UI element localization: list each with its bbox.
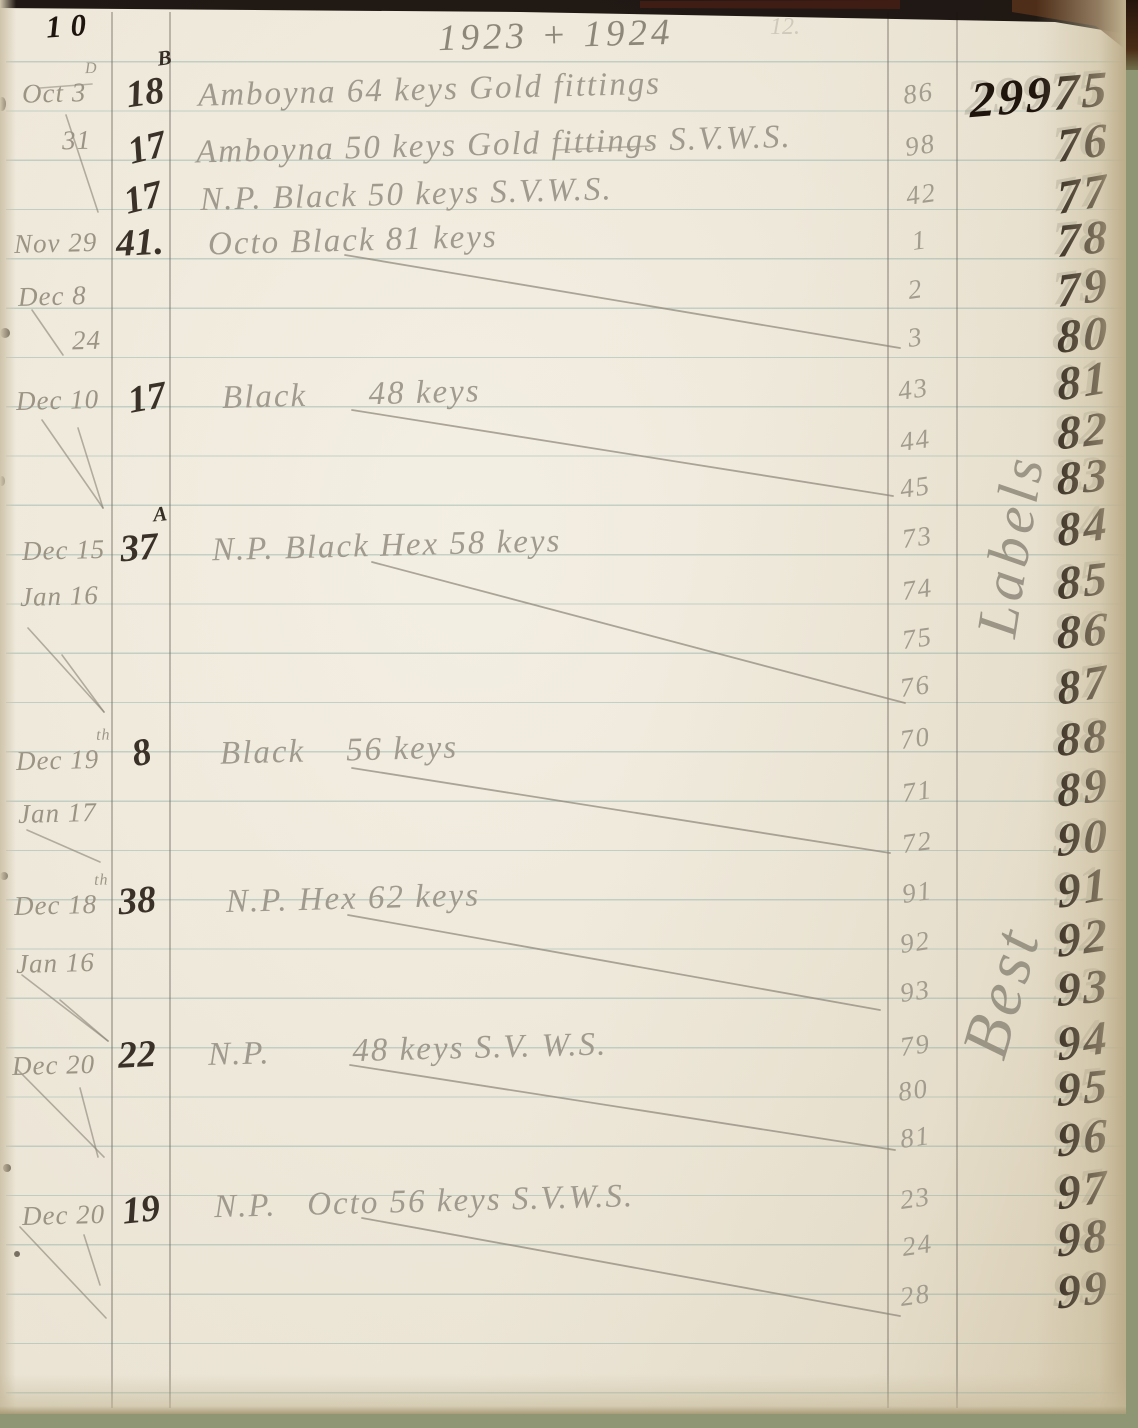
ledger-date: Jan 16 — [20, 580, 100, 613]
ledger-date: Dec 18th — [14, 889, 98, 922]
pencil-number: 74 — [900, 572, 935, 607]
ledger-date: Dec 20 — [12, 1049, 96, 1082]
page-number: 10 — [45, 6, 96, 45]
pencil-number: 45 — [898, 470, 933, 505]
ditto-pencil-line — [362, 1218, 900, 1316]
pencil-number: 76 — [898, 669, 933, 704]
faint-pencil-note: 12. — [770, 14, 800, 41]
ledger-date: Jan 16 — [16, 947, 96, 980]
ditto-pencil-line — [62, 655, 104, 712]
ledger-date: Nov 29 — [14, 227, 98, 260]
right-edge-shade — [1036, 0, 1126, 1414]
pencil-number: 75 — [900, 621, 935, 656]
ledger-date: Dec 20 — [22, 1199, 106, 1232]
pencil-number: 79 — [898, 1028, 933, 1063]
pencil-number: 80 — [896, 1073, 931, 1108]
superscript-mark: D — [85, 60, 98, 78]
pencil-number: 71 — [900, 774, 935, 809]
page-title-years: 1923 + 1924 — [437, 11, 674, 60]
batch-number: 22 — [117, 1032, 157, 1078]
ditto-pencil-line — [80, 1088, 98, 1157]
pencil-number: 92 — [898, 925, 933, 960]
pencil-number: 98 — [903, 128, 938, 163]
pencil-number: 43 — [896, 372, 931, 407]
left-edge-shade — [0, 0, 16, 1414]
batch-number: 41. — [115, 220, 165, 266]
pencil-number: 86 — [901, 76, 936, 111]
ditto-pencil-line — [350, 1065, 895, 1150]
pencil-number: 28 — [898, 1278, 933, 1313]
ledger-date: Jan 17 — [18, 797, 98, 830]
pencil-number: 42 — [904, 177, 939, 212]
pencil-number: 24 — [900, 1228, 935, 1263]
ditto-pencil-line — [372, 562, 905, 703]
pencil-number: 91 — [900, 875, 935, 910]
pencil-number: 72 — [900, 825, 935, 860]
pencil-number: 93 — [898, 974, 933, 1009]
ditto-pencil-line — [352, 768, 890, 853]
batch-number: 18B — [123, 68, 167, 117]
batch-number: 17 — [124, 373, 169, 423]
pencil-number: 23 — [898, 1181, 933, 1216]
superscript-mark: A — [152, 501, 168, 527]
item-description: Black 56 keys — [220, 730, 459, 773]
ditto-pencil-line — [345, 255, 900, 348]
scanned-ledger-photo: { "page": { "number": "10", "title": "19… — [0, 0, 1138, 1428]
ditto-pencil-line — [352, 410, 893, 496]
item-description: Black 48 keys — [222, 373, 482, 417]
ditto-pencil-line — [78, 428, 103, 508]
ledger-date: Oct 3D — [22, 77, 87, 110]
pencil-number: 70 — [898, 721, 933, 756]
pencil-number: 73 — [900, 520, 935, 555]
pencil-number: 44 — [898, 423, 933, 458]
pencil-number: 81 — [898, 1120, 933, 1155]
item-description: Octo Black 81 keys — [208, 219, 499, 264]
batch-number: 37A — [118, 524, 160, 571]
ledger-date: Dec 19th — [16, 744, 100, 777]
ledger-date: Dec 10 — [16, 384, 100, 417]
ditto-pencil-line — [42, 420, 103, 508]
ditto-pencil-line — [60, 1000, 108, 1041]
superscript-mark: th — [96, 727, 111, 745]
ledger-date: Dec 8 — [18, 280, 88, 313]
ledger-date: 24 — [72, 325, 102, 357]
batch-number: 38 — [116, 877, 158, 924]
batch-number: 19 — [120, 1186, 162, 1234]
superscript-mark: th — [94, 872, 109, 890]
ditto-pencil-line — [348, 915, 880, 1010]
ledger-date: Dec 15 — [22, 534, 106, 567]
item-description: N.P. Hex 62 keys — [226, 877, 481, 921]
ledger-page: 10 1923 + 1924 12. Oct 3D31Nov 29Dec 824… — [0, 0, 1126, 1414]
bottom-edge-shade — [0, 1374, 1126, 1414]
ditto-pencil-line — [84, 1235, 100, 1285]
ledger-date: 31 — [62, 125, 92, 157]
